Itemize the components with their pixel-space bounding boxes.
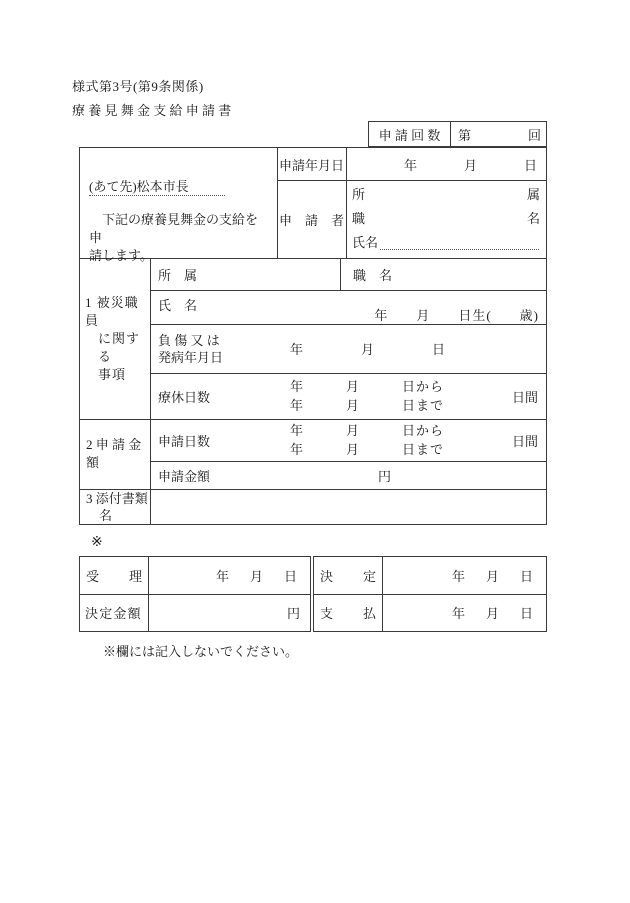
leave-to-line: 年 月 日まで xyxy=(290,396,444,415)
application-date-value-cell: 年 月 日 xyxy=(346,148,546,180)
application-days-unit: 日間 xyxy=(512,431,546,450)
injury-label-line1: 負 傷 又 は xyxy=(158,332,290,349)
application-amount-unit: 円 xyxy=(378,466,391,485)
accept-date-cell: 年 月 日 xyxy=(148,557,310,594)
application-days-label: 申請日数 xyxy=(150,431,290,450)
footer-note: ※欄には記入しないでください。 xyxy=(103,641,298,660)
name-cell: 氏 名 年 月 日生( 歳) xyxy=(150,290,546,324)
section1-header-line2: に関する xyxy=(85,330,150,366)
injury-label-line2: 発病年月日 xyxy=(158,349,290,366)
payment-char-left: 支 xyxy=(320,603,333,622)
form-number: 様式第3号(第9条関係) xyxy=(72,76,204,95)
medical-leave-label: 療休日数 xyxy=(150,387,290,406)
application-date-label-cell: 申請年月日 xyxy=(277,148,346,180)
application-count-value: 第 回 xyxy=(450,122,546,146)
days-to-line: 年 月 日まで xyxy=(290,440,444,459)
section3-header-line2: 名 xyxy=(86,507,112,524)
addressee-line: (あて先)松本市長 xyxy=(89,176,225,196)
request-text: 下記の療養見舞金の支給を申 請します。 xyxy=(89,211,269,265)
applicant-info-cell: 所 属 職 名 氏名 xyxy=(346,180,546,258)
office-use-table-right: 決 定 年 月 日 支 払 年 月 日 xyxy=(313,556,547,632)
accept-label-cell: 受 理 xyxy=(80,557,148,594)
jobtitle-label-cell: 職 名 xyxy=(340,258,546,290)
application-amount-label: 申請金額 xyxy=(150,466,290,485)
accept-char-right: 理 xyxy=(129,566,142,585)
section2-header-line1: 2 申 請 金 xyxy=(86,436,141,454)
count-prefix: 第 xyxy=(458,125,471,144)
decision-date-cell: 年 月 日 xyxy=(382,557,546,594)
count-suffix: 回 xyxy=(528,125,541,144)
birthdate-line: 年 月 日生( 歳) xyxy=(374,309,539,323)
section3-header-line1: 3 添付書類 xyxy=(86,490,148,507)
injury-date-label: 負 傷 又 は 発病年月日 xyxy=(150,332,290,366)
section1-header-cell: 1 被災職員 に関する 事項 xyxy=(80,258,150,419)
decided-amount-label-cell: 決定金額 xyxy=(80,594,148,631)
applicant-jobtitle-row: 職 名 xyxy=(352,207,540,231)
jobtitle-char-right: 名 xyxy=(527,207,540,231)
section3-header-cell: 3 添付書類 名 xyxy=(80,489,150,524)
affiliation-char-left: 所 xyxy=(352,183,365,207)
form-page: 様式第3号(第9条関係) 療 養 見 舞 金 支 給 申 請 書 申 請 回 数… xyxy=(0,0,630,903)
days-from-line: 年 月 日から xyxy=(290,421,444,440)
application-days-cell: 申請日数 年 月 日から 年 月 日まで 日間 xyxy=(150,419,546,461)
leave-days-unit: 日間 xyxy=(512,387,546,406)
payment-char-right: 払 xyxy=(363,603,376,622)
payment-label-cell: 支 払 xyxy=(314,594,382,631)
section1-header-line3: 事項 xyxy=(85,366,126,384)
application-amount-cell: 申請金額 円 xyxy=(150,461,546,489)
application-count-box: 申 請 回 数 第 回 xyxy=(368,121,547,147)
jobtitle-char-left: 職 xyxy=(352,207,365,231)
applicant-label-cell: 申 請 者 xyxy=(277,180,346,258)
name-label: 氏 名 xyxy=(158,295,197,314)
office-use-table-left: 受 理 年 月 日 決定金額 円 xyxy=(79,556,311,632)
note-mark: ※ xyxy=(91,534,103,551)
decided-amount-unit-cell: 円 xyxy=(148,594,310,631)
name-label: 氏名 xyxy=(352,231,378,255)
affiliation-char-right: 属 xyxy=(527,183,540,207)
request-text-line1: 下記の療養見舞金の支給を申 xyxy=(89,211,269,247)
medical-leave-cell: 療休日数 年 月 日から 年 月 日まで 日間 xyxy=(150,373,546,419)
section2-header-cell: 2 申 請 金 額 xyxy=(80,419,150,489)
decision-label-cell: 決 定 xyxy=(314,557,382,594)
leave-from-line: 年 月 日から xyxy=(290,377,444,396)
name-fill-line xyxy=(380,249,539,250)
decision-char-left: 決 xyxy=(320,566,333,585)
attachments-value-cell xyxy=(150,489,546,524)
accept-char-left: 受 xyxy=(86,566,99,585)
addressee-cell: (あて先)松本市長 下記の療養見舞金の支給を申 請します。 xyxy=(80,148,277,258)
affiliation-label-cell: 所 属 xyxy=(150,258,340,290)
section1-header-line1: 1 被災職員 xyxy=(85,294,150,330)
main-table: (あて先)松本市長 下記の療養見舞金の支給を申 請します。 申請年月日 年 月 … xyxy=(79,147,547,525)
injury-date-cell: 負 傷 又 は 発病年月日 年 月 日 xyxy=(150,324,546,373)
form-title: 療 養 見 舞 金 支 給 申 請 書 xyxy=(72,100,231,119)
applicant-name-row: 氏名 xyxy=(352,231,540,255)
applicant-affiliation-row: 所 属 xyxy=(352,183,540,207)
medical-leave-period: 年 月 日から 年 月 日まで xyxy=(290,377,444,415)
injury-date-value: 年 月 日 xyxy=(290,339,446,358)
decision-char-right: 定 xyxy=(363,566,376,585)
application-days-period: 年 月 日から 年 月 日まで xyxy=(290,421,444,459)
section2-header-line2: 額 xyxy=(86,454,99,472)
application-count-label: 申 請 回 数 xyxy=(369,122,450,146)
payment-date-cell: 年 月 日 xyxy=(382,594,546,631)
